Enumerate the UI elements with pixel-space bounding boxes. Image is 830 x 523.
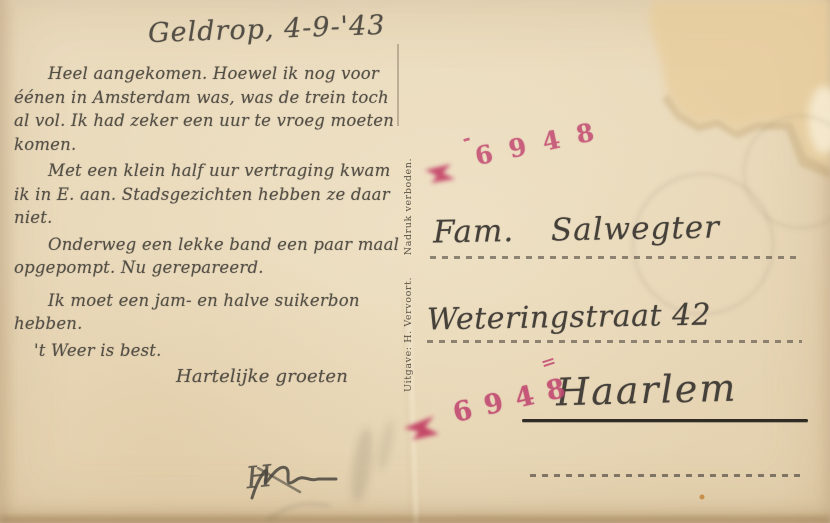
message-paragraph: Ik moet een jam- en halve suikerbon hebb… [14, 289, 400, 336]
address-rule-1 [430, 256, 802, 259]
postcard-dateline: Geldrop, 4-9-'43 [148, 10, 386, 49]
postcard-back: Geldrop, 4-9-'43 Heel aangekomen. Hoewel… [0, 0, 830, 523]
postmark-ghost [744, 116, 830, 228]
publisher-imprint: Uitgave: H. Vervoort. Nadruk verboden. [403, 136, 414, 392]
stamp-ink-blob [425, 164, 455, 183]
signature-initial: H [244, 459, 274, 497]
censor-stamp-equals-mark: = [538, 350, 559, 375]
message-paragraph: Heel aangekomen. Hoewel ik nog voor ééne… [14, 62, 400, 156]
address-rule-3 [522, 419, 808, 422]
pencil-smudge [348, 426, 376, 504]
censor-stamp-dash-mark: - [459, 125, 473, 150]
divider-line [397, 44, 399, 126]
address-rule-4 [530, 474, 806, 477]
censor-stamp-number: 6948 [472, 114, 613, 171]
stain-tear-highlight [808, 86, 830, 154]
message-paragraph: Onderweg een lekke band een paar maal op… [14, 233, 400, 280]
rust-fleck [700, 495, 705, 500]
message-body: Heel aangekomen. Hoewel ik nog voor ééne… [14, 62, 400, 389]
address-recipient: Fam. Salwegter [433, 209, 721, 250]
message-paragraph: 't Weer is best. [14, 339, 400, 363]
message-closing: Hartelijke groeten [14, 365, 400, 389]
stamp-arrow-mark [404, 416, 439, 440]
message-paragraph: Met een klein half uur vertraging kwam i… [14, 159, 400, 230]
address-rule-2 [427, 340, 802, 343]
address-city: Haarlem [555, 366, 737, 415]
signature: H [238, 462, 348, 512]
address-street: Weteringstraat 42 [427, 298, 712, 338]
pencil-smudge [375, 418, 398, 471]
corner-stain [649, 0, 830, 168]
bottom-edge-wear [0, 516, 830, 523]
corner-stain-dark-edge [662, 94, 830, 178]
